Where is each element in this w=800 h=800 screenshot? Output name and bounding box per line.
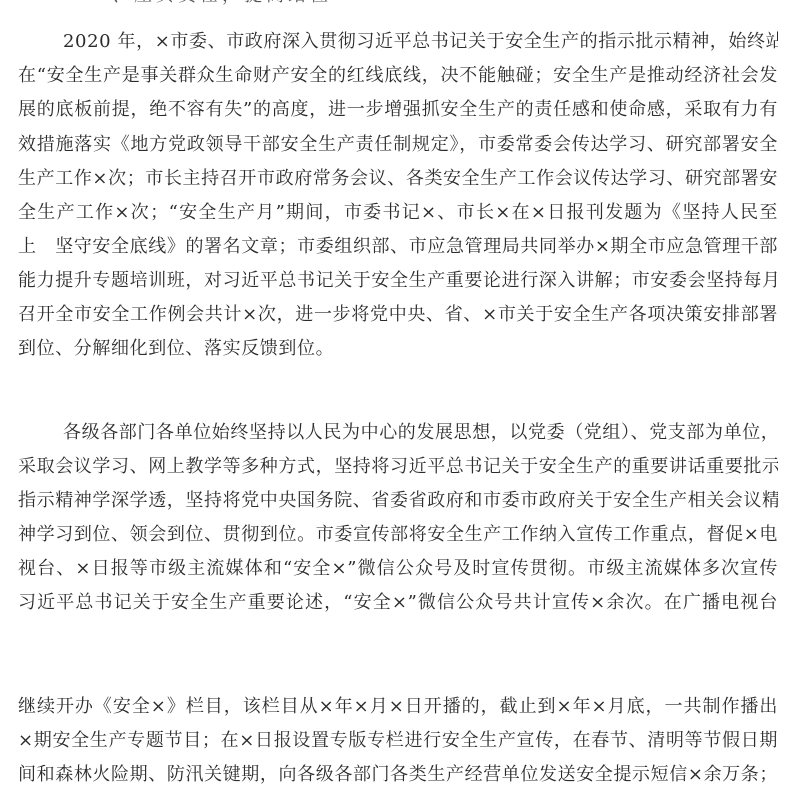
text-line: 指示精神学深学透，坚持将党中央国务院、省委省政府和市委市政府关于安全生产相关会议… [18, 489, 778, 513]
text-line: 到位、分解细化到位、落实反馈到位。 [18, 337, 334, 361]
text-line: 各级各部门各单位始终坚持以人民为中心的发展思想，以党委（党组）、党支部为单位， [63, 421, 778, 445]
text-line: 展的底板前提，绝不容有失”的高度，进一步增强抓安全生产的责任感和使命感，采取有力… [18, 98, 778, 122]
text-line: 习近平总书记关于安全生产重要论述，“安全×”微信公众号共计宣传×余次。在广播电视… [18, 591, 778, 615]
text-line: 2020 年，×市委、市政府深入贯彻习近平总书记关于安全生产的指示批示精神，始终… [63, 30, 778, 54]
text-line: 采取会议学习、网上教学等多种方式，坚持将习近平总书记关于安全生产的重要讲话重要批… [18, 455, 778, 479]
cutoff-heading-line: 一、压实责任，提高站位 [90, 0, 390, 6]
text-line: 上 坚守安全底线》的署名文章；市委组织部、市应急管理局共同举办×期全市应急管理干… [18, 235, 778, 259]
document-page: 一、压实责任，提高站位 2020 年，×市委、市政府深入贯彻习近平总书记关于安全… [0, 0, 800, 800]
text-line: 神学习到位、领会到位、贯彻到位。市委宣传部将安全生产工作纳入宣传工作重点，督促×… [18, 523, 778, 547]
text-line: 继续开办《安全×》栏目，该栏目从×年×月×日开播的，截止到×年×月底，一共制作播… [18, 695, 778, 719]
text-line: 能力提升专题培训班，对习近平总书记关于安全生产重要论进行深入讲解；市安委会坚持每… [18, 269, 778, 293]
text-line: 视台、×日报等市级主流媒体和“安全×”微信公众号及时宣传贯彻。市级主流媒体多次宣… [18, 557, 778, 581]
text-line: ×期安全生产专题节目；在×日报设置专版专栏进行安全生产宣传，在春节、清明等节假日… [18, 729, 778, 753]
text-line: 召开全市安全工作例会共计×次，进一步将党中央、省、×市关于安全生产各项决策安排部… [18, 303, 778, 327]
text-line: 间和森林火险期、防汛关键期，向各级各部门各类生产经营单位发送安全提示短信×余万条… [18, 763, 778, 787]
text-line: 效措施落实《地方党政领导干部安全生产责任制规定》，市委常委会传达学习、研究部署安… [18, 133, 778, 157]
text-line: 在“安全生产是事关群众生命财产安全的红线底线，决不能触碰；安全生产是推动经济社会… [18, 64, 778, 88]
text-line: 生产工作×次；市长主持召开市政府常务会议、各类安全生产工作会议传达学习、研究部署… [18, 167, 778, 191]
text-line: 全生产工作×次；“安全生产月”期间，市委书记×、市长×在×日报刊发题为《坚持人民… [18, 201, 778, 225]
